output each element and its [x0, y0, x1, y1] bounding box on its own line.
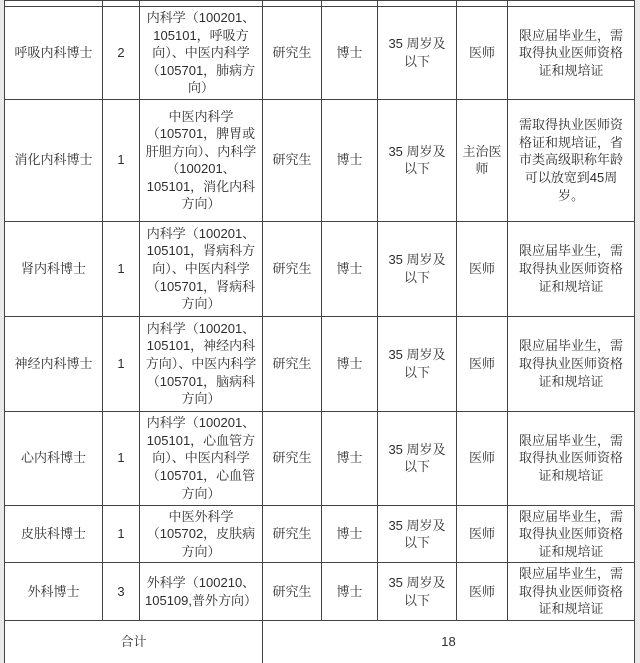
cell-position: 皮肤科博士 — [5, 505, 103, 563]
cell-remark: 限应届毕业生，需取得执业医师资格证和规培证 — [508, 563, 635, 621]
cell-degree: 博士 — [322, 221, 378, 316]
cell-remark: 限应届毕业生，需取得执业医师资格证和规培证 — [508, 505, 635, 563]
cell-age: 35 周岁及以下 — [378, 563, 457, 621]
cell-degree: 博士 — [322, 7, 378, 100]
cell-major: 外科学（100210、105109,普外方向） — [140, 563, 263, 621]
cell-age: 35 周岁及以下 — [378, 505, 457, 563]
cell-major: 中医内科学（105701，脾胃或肝胆方向）、内科学（100201、105101，… — [140, 99, 263, 221]
cell-degree: 博士 — [322, 411, 378, 505]
cell-major: 内科学（100201、105101，心血管方向）、中医内科学（105701，心血… — [140, 411, 263, 505]
cell-remark: 限应届毕业生，需取得执业医师资格证和规培证 — [508, 316, 635, 411]
cell-education: 研究生 — [263, 7, 322, 100]
table-row: 皮肤科博士 1 中医外科学（105702，皮肤病方向） 研究生 博士 35 周岁… — [5, 505, 635, 563]
table-row: 呼吸内科博士 2 内科学（100201、105101，呼吸方向）、中医内科学（1… — [5, 7, 635, 100]
cell-count: 1 — [103, 221, 140, 316]
cell-degree: 博士 — [322, 563, 378, 621]
cell-education: 研究生 — [263, 505, 322, 563]
cell-title: 医师 — [457, 221, 508, 316]
cell-count: 1 — [103, 316, 140, 411]
cell-position: 肾内科博士 — [5, 221, 103, 316]
table-row: 外科博士 3 外科学（100210、105109,普外方向） 研究生 博士 35… — [5, 563, 635, 621]
footer-total-label: 合计 — [5, 621, 263, 663]
cell-position: 消化内科博士 — [5, 99, 103, 221]
cell-age: 35 周岁及以下 — [378, 221, 457, 316]
cell-remark: 限应届毕业生，需取得执业医师资格证和规培证 — [508, 411, 635, 505]
cell-remark: 限应届毕业生，需取得执业医师资格证和规培证 — [508, 7, 635, 100]
cell-major: 内科学（100201、105101，神经内科方向）、中医内科学（105701，脑… — [140, 316, 263, 411]
cell-degree: 博士 — [322, 505, 378, 563]
cell-degree: 博士 — [322, 99, 378, 221]
table-row: 神经内科博士 1 内科学（100201、105101，神经内科方向）、中医内科学… — [5, 316, 635, 411]
cell-count: 1 — [103, 99, 140, 221]
table-row: 肾内科博士 1 内科学（100201、105101，肾病科方向）、中医内科学（1… — [5, 221, 635, 316]
table-footer-row: 合计 18 — [5, 621, 635, 663]
table-row: 消化内科博士 1 中医内科学（105701，脾胃或肝胆方向）、内科学（10020… — [5, 99, 635, 221]
cell-count: 3 — [103, 563, 140, 621]
cell-title: 医师 — [457, 505, 508, 563]
cell-position: 心内科博士 — [5, 411, 103, 505]
table-row: 心内科博士 1 内科学（100201、105101，心血管方向）、中医内科学（1… — [5, 411, 635, 505]
cell-age: 35 周岁及以下 — [378, 7, 457, 100]
cell-age: 35 周岁及以下 — [378, 411, 457, 505]
cell-count: 1 — [103, 411, 140, 505]
cell-position: 呼吸内科博士 — [5, 7, 103, 100]
cell-major: 中医外科学（105702，皮肤病方向） — [140, 505, 263, 563]
cell-position: 神经内科博士 — [5, 316, 103, 411]
footer-total-value: 18 — [263, 621, 635, 663]
cell-education: 研究生 — [263, 99, 322, 221]
cell-education: 研究生 — [263, 221, 322, 316]
cell-remark: 限应届毕业生，需取得执业医师资格证和规培证 — [508, 221, 635, 316]
cell-position: 外科博士 — [5, 563, 103, 621]
cell-education: 研究生 — [263, 316, 322, 411]
cell-age: 35 周岁及以下 — [378, 99, 457, 221]
recruitment-table: 呼吸内科博士 2 内科学（100201、105101，呼吸方向）、中医内科学（1… — [4, 0, 635, 663]
cell-title: 医师 — [457, 7, 508, 100]
cell-major: 内科学（100201、105101，肾病科方向）、中医内科学（105701，肾病… — [140, 221, 263, 316]
cell-education: 研究生 — [263, 563, 322, 621]
cell-count: 2 — [103, 7, 140, 100]
cell-title: 医师 — [457, 563, 508, 621]
cell-title: 主治医师 — [457, 99, 508, 221]
cell-major: 内科学（100201、105101，呼吸方向）、中医内科学（105701，肺病方… — [140, 7, 263, 100]
cell-count: 1 — [103, 505, 140, 563]
cell-remark: 需取得执业医师资格证和规培证，省市类高级职称年龄可以放宽到45周岁。 — [508, 99, 635, 221]
cell-education: 研究生 — [263, 411, 322, 505]
cell-title: 医师 — [457, 411, 508, 505]
cell-age: 35 周岁及以下 — [378, 316, 457, 411]
cell-title: 医师 — [457, 316, 508, 411]
page-background: 呼吸内科博士 2 内科学（100201、105101，呼吸方向）、中医内科学（1… — [0, 0, 640, 663]
cell-degree: 博士 — [322, 316, 378, 411]
